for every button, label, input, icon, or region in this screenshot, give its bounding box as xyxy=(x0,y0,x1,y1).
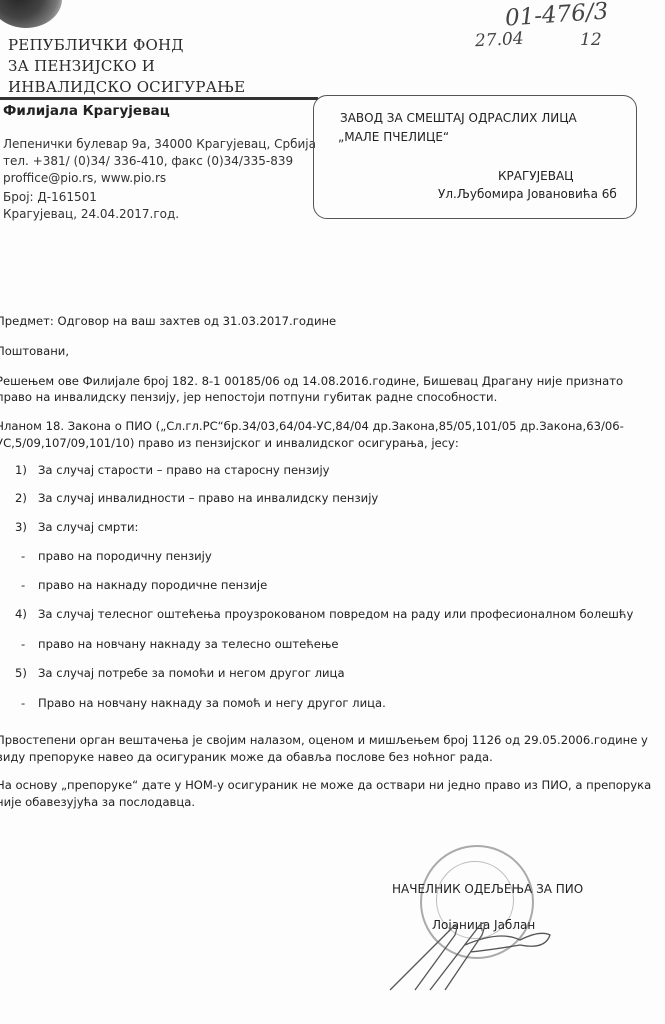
list-item: Право на новчану накнаду за помоћ и негу… xyxy=(38,696,386,710)
list-item: За случај потребе за помоћи и негом друг… xyxy=(38,666,345,680)
recipient-name-line-2: „МАЛЕ ПЧЕЛИЦЕ“ xyxy=(338,130,449,144)
list-item: За случај телесног оштећења проузрокован… xyxy=(38,607,633,621)
paragraph-1-line-2: право на инвалидску пензију, јер непосто… xyxy=(0,390,497,404)
sender-phone-fax: тел. +381/ (0)34/ 336-410, факс (0)34/33… xyxy=(3,153,316,170)
paragraph-3-line-2: виду препоруке навео да осигураник може … xyxy=(0,750,493,764)
header-divider xyxy=(0,97,318,100)
list-item: За случај старости – право на старосну п… xyxy=(38,463,330,477)
handwritten-reference-number: 01-476/3 xyxy=(504,0,609,32)
branch-name: Филијала Крагујевац xyxy=(3,103,170,119)
list-marker: 3) xyxy=(15,520,27,534)
list-marker: - xyxy=(21,696,25,710)
sender-address: Лепенички булевар 9а, 34000 Крагујевац, … xyxy=(3,136,316,153)
organization-name: РЕПУБЛИЧКИ ФОНД ЗА ПЕНЗИЈСКО И ИНВАЛИДСК… xyxy=(8,35,245,98)
list-item: право на накнаду породичне пензије xyxy=(38,578,267,592)
paragraph-2-line-1: Чланом 18. Закона о ПИО („Сл.гл.РС“бр.34… xyxy=(0,419,624,433)
paragraph-4-line-1: На основу „препоруке“ дате у НОМ-у осигу… xyxy=(0,778,651,792)
org-line-1: РЕПУБЛИЧКИ ФОНД xyxy=(8,35,245,56)
paragraph-4-line-2: није обавезујућа за послодавца. xyxy=(0,795,195,809)
org-line-3: ИНВАЛИДСКО ОСИГУРАЊЕ xyxy=(8,77,245,98)
recipient-city: КРАГУЈЕВАЦ xyxy=(498,169,573,183)
list-item: право на породичну пензију xyxy=(38,549,212,563)
list-item: За случај смрти: xyxy=(38,520,138,534)
list-item: За случај инвалидности – право на инвали… xyxy=(38,491,378,505)
paragraph-2-line-2: УС,5/09,107/09,101/10) право из пензијск… xyxy=(0,436,459,450)
sender-contact-block: Лепенички булевар 9а, 34000 Крагујевац, … xyxy=(3,136,316,223)
list-marker: - xyxy=(21,637,25,651)
handwritten-signature xyxy=(370,890,570,1000)
handwritten-initials: 12 xyxy=(580,30,602,50)
list-marker: - xyxy=(21,549,25,563)
list-marker: 5) xyxy=(15,666,27,680)
list-marker: 2) xyxy=(15,491,27,505)
list-marker: - xyxy=(21,578,25,592)
sender-email-web: proffice@pio.rs, www.pio.rs xyxy=(3,170,316,187)
scan-corner-blot xyxy=(0,0,62,28)
place-date: Крагујевац, 24.04.2017.год. xyxy=(3,206,316,223)
paragraph-3-line-1: Првостепени орган вештачења је својим на… xyxy=(0,733,648,747)
org-line-2: ЗА ПЕНЗИЈСКО И xyxy=(8,56,245,77)
subject-line: Предмет: Одговор на ваш захтев од 31.03.… xyxy=(0,314,336,328)
salutation: Поштовани, xyxy=(0,344,69,358)
list-marker: 1) xyxy=(15,463,27,477)
handwritten-date: 27.04 xyxy=(475,29,525,52)
document-number: Број: Д-161501 xyxy=(3,189,316,206)
list-marker: 4) xyxy=(15,607,27,621)
list-item: право на новчану накнаду за телесно оште… xyxy=(38,637,339,651)
recipient-street: Ул.Љубомира Јовановића 6б xyxy=(438,187,617,201)
recipient-name-line-1: ЗАВОД ЗА СМЕШТАЈ ОДРАСЛИХ ЛИЦА xyxy=(340,111,577,125)
paragraph-1-line-1: Решењем ове Филијале број 182. 8-1 00185… xyxy=(0,374,623,388)
